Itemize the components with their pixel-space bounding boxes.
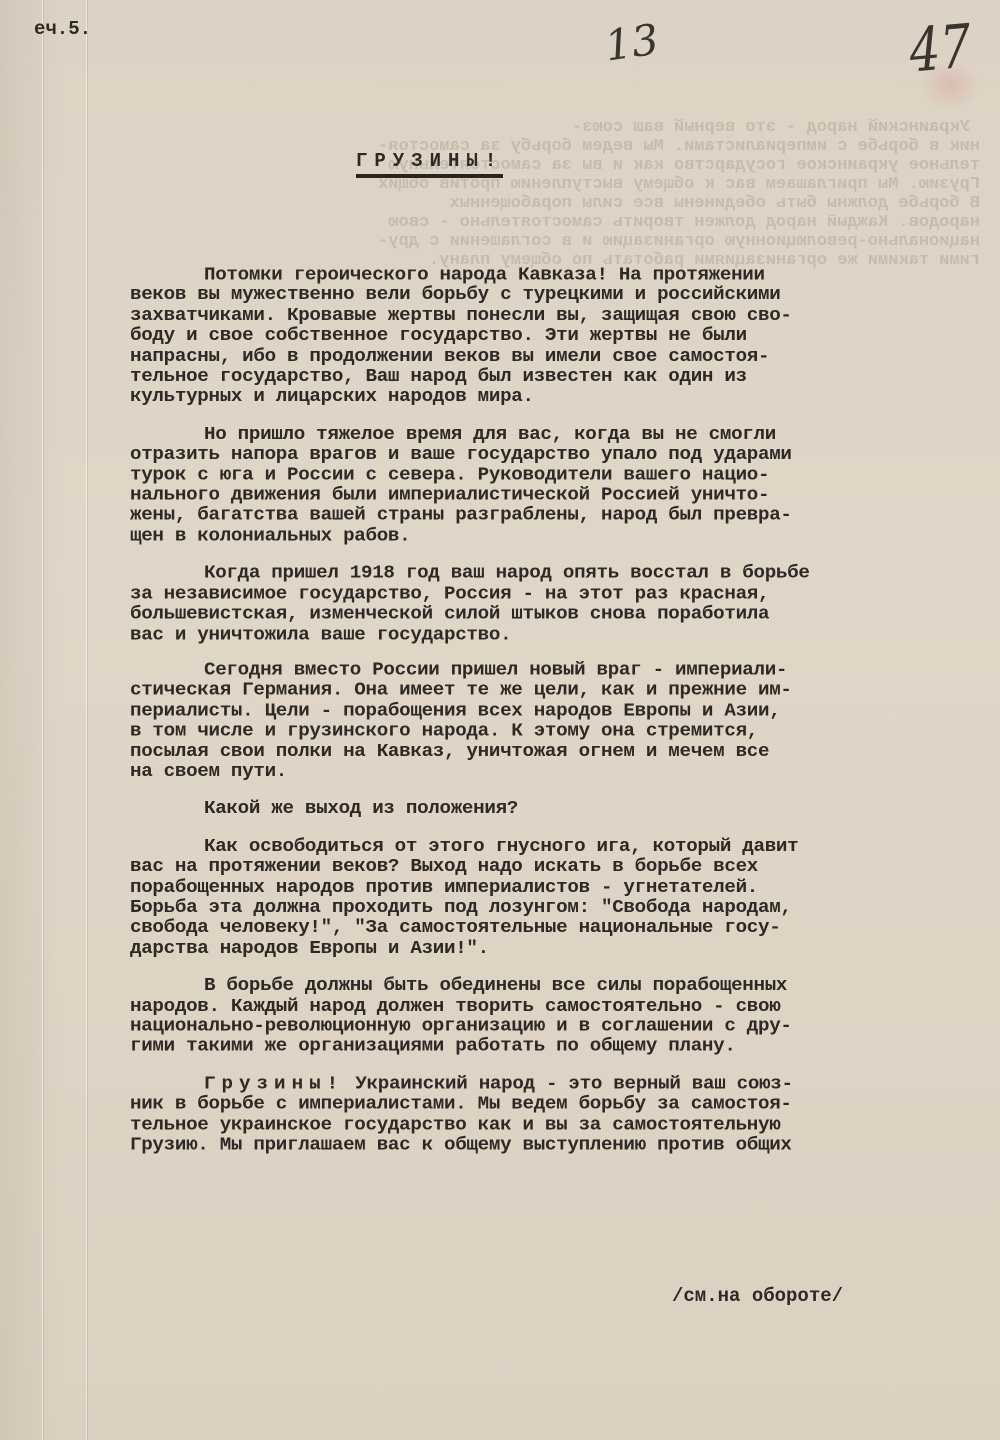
text-line: дарства народов Европы и Азии!".: [130, 938, 1000, 958]
text-line: национально-революционную организацию и …: [130, 1016, 1000, 1036]
document-body: Потомки героического народа Кавказа! На …: [130, 265, 1000, 1156]
binding-fold-line: [42, 0, 43, 1440]
text-line: Какой же выход из положения?: [130, 799, 1000, 819]
text-line: народов. Каждый народ должен творить сам…: [130, 996, 1000, 1016]
paragraph: В борьбе должны быть обединены все силы …: [130, 976, 1000, 1057]
text-line: вас и уничтожила ваше государство.: [130, 625, 1000, 645]
paragraph: Как освободиться от этого гнусного ига, …: [130, 837, 1000, 959]
text-line: стическая Германия. Она имеет те же цели…: [130, 680, 1000, 700]
text-line: турок с юга и России с севера. Руководит…: [130, 465, 1000, 485]
text-line: В борьбе должны быть обединены все силы …: [130, 976, 1000, 996]
handwritten-folio-number: 47: [908, 11, 973, 86]
handwritten-sheet-number: 13: [602, 15, 662, 71]
text-line: напрасны, ибо в продолжении веков вы име…: [130, 346, 1000, 366]
text-line: на своем пути.: [130, 762, 1000, 782]
text-line: в том числе и грузинского народа. К этом…: [130, 721, 1000, 741]
text-line: свобода человеку!", "За самостоятельные …: [130, 918, 1000, 938]
text-line: веков вы мужественно вели борьбу с турец…: [130, 285, 1000, 305]
text-line: щен в колониальных рабов.: [130, 526, 1000, 546]
paragraph: Какой же выход из положения?: [130, 799, 1000, 819]
text-line: жены, багатства вашей страны разграблены…: [130, 506, 1000, 526]
text-line: тельное украинское государство как и вы …: [130, 1115, 1000, 1135]
paragraph: Когда пришел 1918 год ваш народ опять во…: [130, 564, 1000, 645]
text-line: вас на протяжении веков? Выход надо иска…: [130, 857, 1000, 877]
paragraph: Но пришло тяжелое время для вас, когда в…: [130, 424, 1000, 546]
document-page: еч.5. 13 47 Украинский народ - это верны…: [0, 0, 1000, 1440]
archive-mark: еч.5.: [34, 18, 91, 40]
text-line: ник в борьбе с империалистами. Мы ведем …: [130, 1095, 1000, 1115]
text-line: Потомки героического народа Кавказа! На …: [130, 265, 1000, 285]
paragraph: Потомки героического народа Кавказа! На …: [130, 265, 1000, 407]
text-line: большевистская, изменческой силой штыков…: [130, 604, 1000, 624]
text-line: отразить напора врагов и ваше государств…: [130, 445, 1000, 465]
text-line: Сегодня вместо России пришел новый враг …: [130, 660, 1000, 680]
text-line: порабощенных народов против империалисто…: [130, 877, 1000, 897]
text-line: Грузины! Украинский народ - это верный в…: [130, 1074, 1000, 1094]
text-line: посылая свои полки на Кавказ, уничтожая …: [130, 741, 1000, 761]
continuation-note: /см.на обороте/: [672, 1285, 843, 1307]
binding-fold-line: [86, 0, 87, 1440]
text-line: захватчиками. Кровавые жертвы понесли вы…: [130, 306, 1000, 326]
text-line: Борьба эта должна проходить под лозунгом…: [130, 898, 1000, 918]
text-line: Но пришло тяжелое время для вас, когда в…: [130, 424, 1000, 444]
spaced-address: Грузины!: [204, 1073, 344, 1094]
text-line: боду и свое собственное государство. Эти…: [130, 326, 1000, 346]
text-line: тельное государство, Ваш народ был извес…: [130, 367, 1000, 387]
text-line: за независимое государство, Россия - на …: [130, 584, 1000, 604]
text-line: Когда пришел 1918 год ваш народ опять во…: [130, 564, 1000, 584]
paragraph: Сегодня вместо России пришел новый враг …: [130, 660, 1000, 782]
paragraph: Грузины! Украинский народ - это верный в…: [130, 1074, 1000, 1155]
text-line: гими такими же организациями работать по…: [130, 1037, 1000, 1057]
document-title: ГРУЗИНЫ!: [356, 150, 503, 178]
text-line: Как освободиться от этого гнусного ига, …: [130, 837, 1000, 857]
text-line: периалисты. Цели - порабощения всех наро…: [130, 701, 1000, 721]
text-line: нального движения были империалистическо…: [130, 485, 1000, 505]
text-line: культурных и лицарских народов мира.: [130, 387, 1000, 407]
text-line: Грузию. Мы приглашаем вас к общему высту…: [130, 1135, 1000, 1155]
